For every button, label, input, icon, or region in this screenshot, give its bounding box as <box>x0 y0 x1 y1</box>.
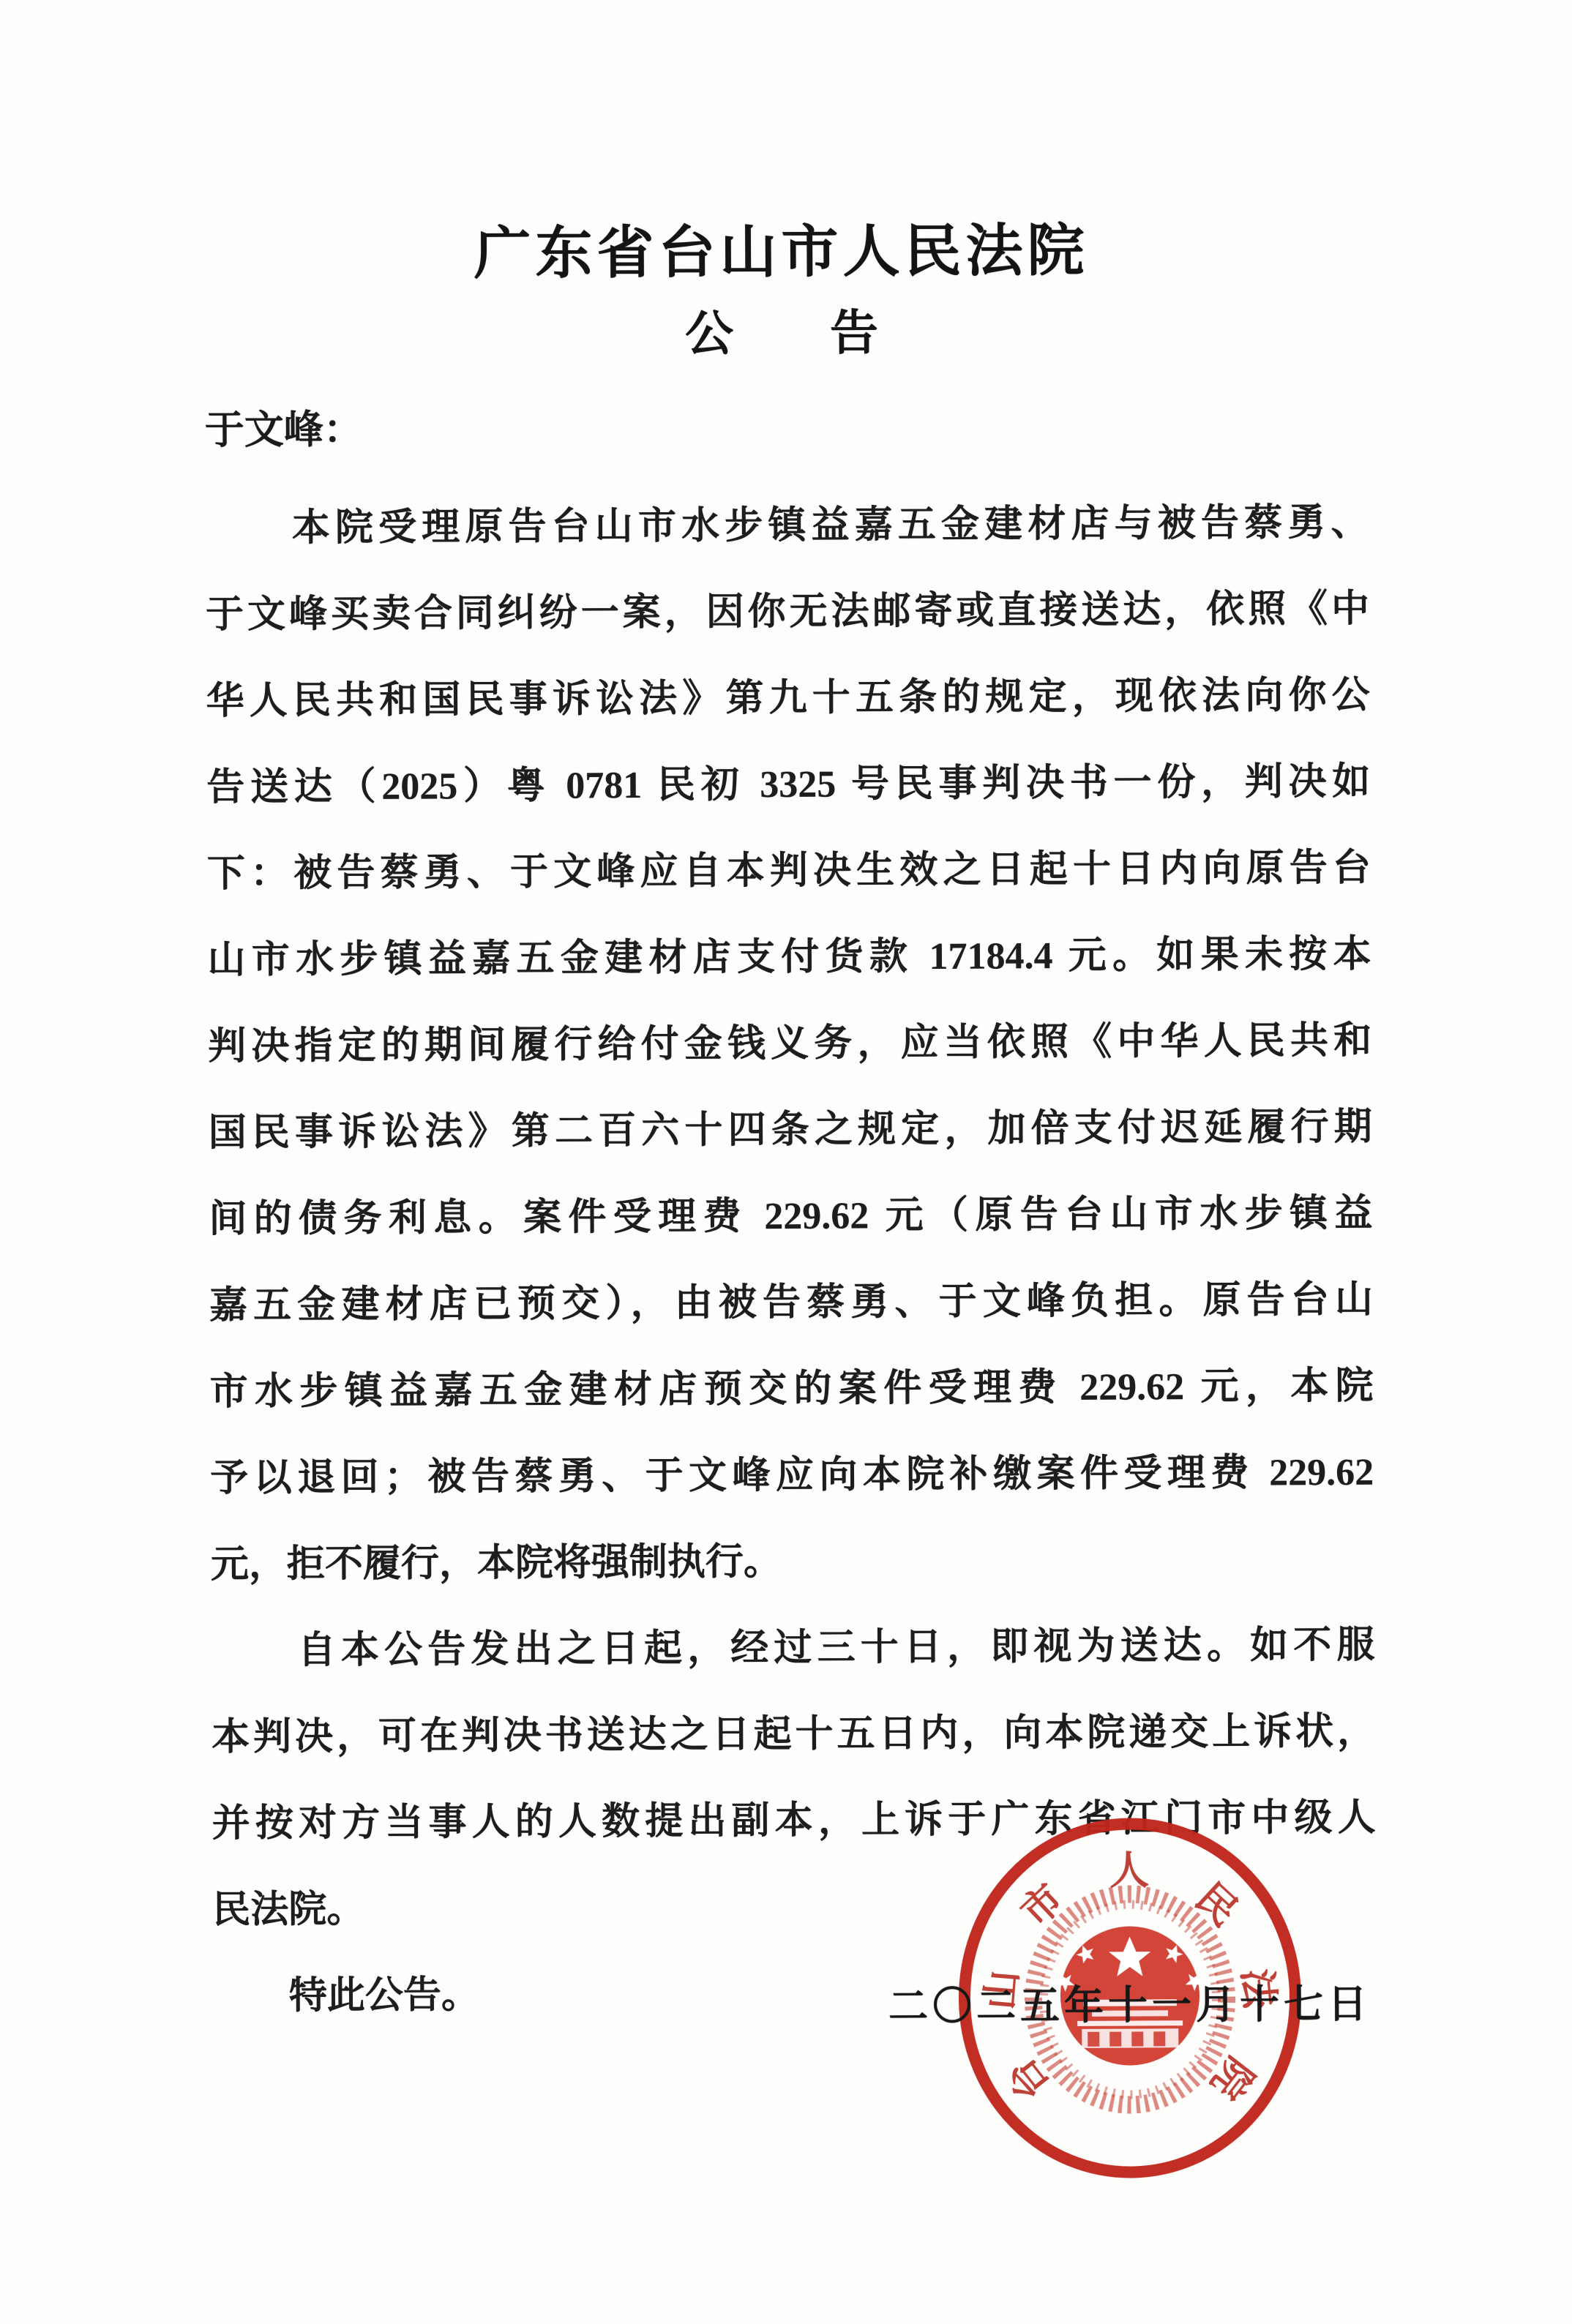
body-line: 嘉五金建材店已预交），由被告蔡勇、于文峰负担。原告台山 <box>209 1257 1374 1349</box>
notice-title: 公 告 <box>0 290 1568 367</box>
seal-char: 人 <box>1109 1848 1149 1892</box>
body-line: 国民事诉讼法》第二百六十四条之规定，加倍支付迟延履行期 <box>208 1084 1372 1177</box>
seal-char: 院 <box>1202 2049 1261 2107</box>
body-line: 告送达（2025）粤 0781 民初 3325 号民事判决书一份，判决如 <box>206 739 1371 831</box>
body-line: 判决指定的期间履行给付金钱义务，应当依照《中华人民共和 <box>208 998 1372 1090</box>
body-line: 本判决，可在判决书送达之日起十五日内，向本院递交上诉状， <box>212 1689 1376 1781</box>
notice-document: 广东省台山市人民法院 公 告 于文峰： 本院受理原告台山市水步镇益嘉五金建材店与… <box>0 0 1572 2324</box>
body-line: 山市水步镇益嘉五金建材店支付货款 17184.4 元。如果未按本 <box>207 912 1371 1004</box>
court-title: 广东省台山市人民法院 <box>0 202 1568 292</box>
body-line: 元，拒不履行，本院将强制执行。 <box>211 1516 1375 1608</box>
body-lines: 本院受理原告台山市水步镇益嘉五金建材店与被告蔡勇、于文峰买卖合同纠纷一案，因你无… <box>205 480 1377 2040</box>
body-line: 间的债务利息。案件受理费 229.62 元（原告台山市水步镇益 <box>209 1171 1373 1263</box>
body-line: 本院受理原告台山市水步镇益嘉五金建材店与被告蔡勇、 <box>205 480 1369 572</box>
seal-char: 民 <box>1187 1875 1246 1935</box>
body-line: 予以退回；被告蔡勇、于文峰应向本院补缴案件受理费 229.62 <box>210 1430 1374 1522</box>
seal-char: 市 <box>1013 1876 1071 1935</box>
date-line: 二〇二五年十一月十七日 <box>888 1973 1371 2031</box>
body-line: 自本公告发出之日起，经过三十日，即视为送达。如不服 <box>211 1603 1375 1695</box>
body-line: 华人民共和国民事诉讼法》第九十五条的规定，现依法向你公 <box>206 653 1370 745</box>
document-page: 广东省台山市人民法院 公 告 于文峰： 本院受理原告台山市水步镇益嘉五金建材店与… <box>0 0 1572 2324</box>
body-line: 下：被告蔡勇、于文峰应自本判决生效之日起十日内向原告台 <box>207 825 1371 918</box>
body-line: 于文峰买卖合同纠纷一案，因你无法邮寄或直接送达，依照《中 <box>206 566 1370 659</box>
salutation: 于文峰： <box>205 398 363 455</box>
body-line: 市水步镇益嘉五金建材店预交的案件受理费 229.62 元，本院 <box>209 1343 1374 1436</box>
